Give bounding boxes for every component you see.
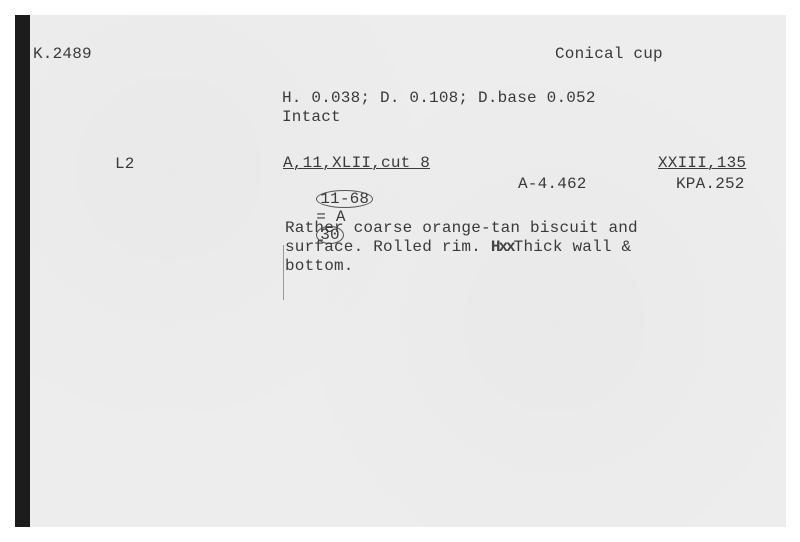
description-line-2: surface. Rolled rim. HxxThick wall & — [285, 238, 631, 256]
description-line-1: Rather coarse orange-tan biscuit and — [285, 219, 638, 237]
dimensions: H. 0.038; D. 0.108; D.base 0.052 — [282, 89, 596, 107]
struck-text: Hxx — [491, 238, 514, 256]
card-left-band — [15, 15, 30, 527]
catalog-number: K.2489 — [33, 45, 92, 63]
kpa-ref: KPA.252 — [676, 175, 745, 193]
index-card: K.2489 Conical cup H. 0.038; D. 0.108; D… — [15, 15, 786, 527]
circled-date: 11-68 — [316, 190, 373, 208]
description-line-2-tail: Thick wall & — [514, 238, 632, 256]
location-label: L2 — [115, 155, 135, 173]
object-type: Conical cup — [555, 45, 663, 63]
condition: Intact — [282, 108, 341, 126]
pencil-mark — [283, 245, 284, 300]
reference-right: XXIII,135 — [658, 154, 746, 172]
context-line: A,11,XLII,cut 8 — [283, 154, 430, 172]
inventory-ref: A-4.462 — [518, 175, 587, 193]
description-line-2-head: surface. Rolled rim. — [285, 238, 491, 256]
description-line-3: bottom. — [285, 257, 354, 275]
